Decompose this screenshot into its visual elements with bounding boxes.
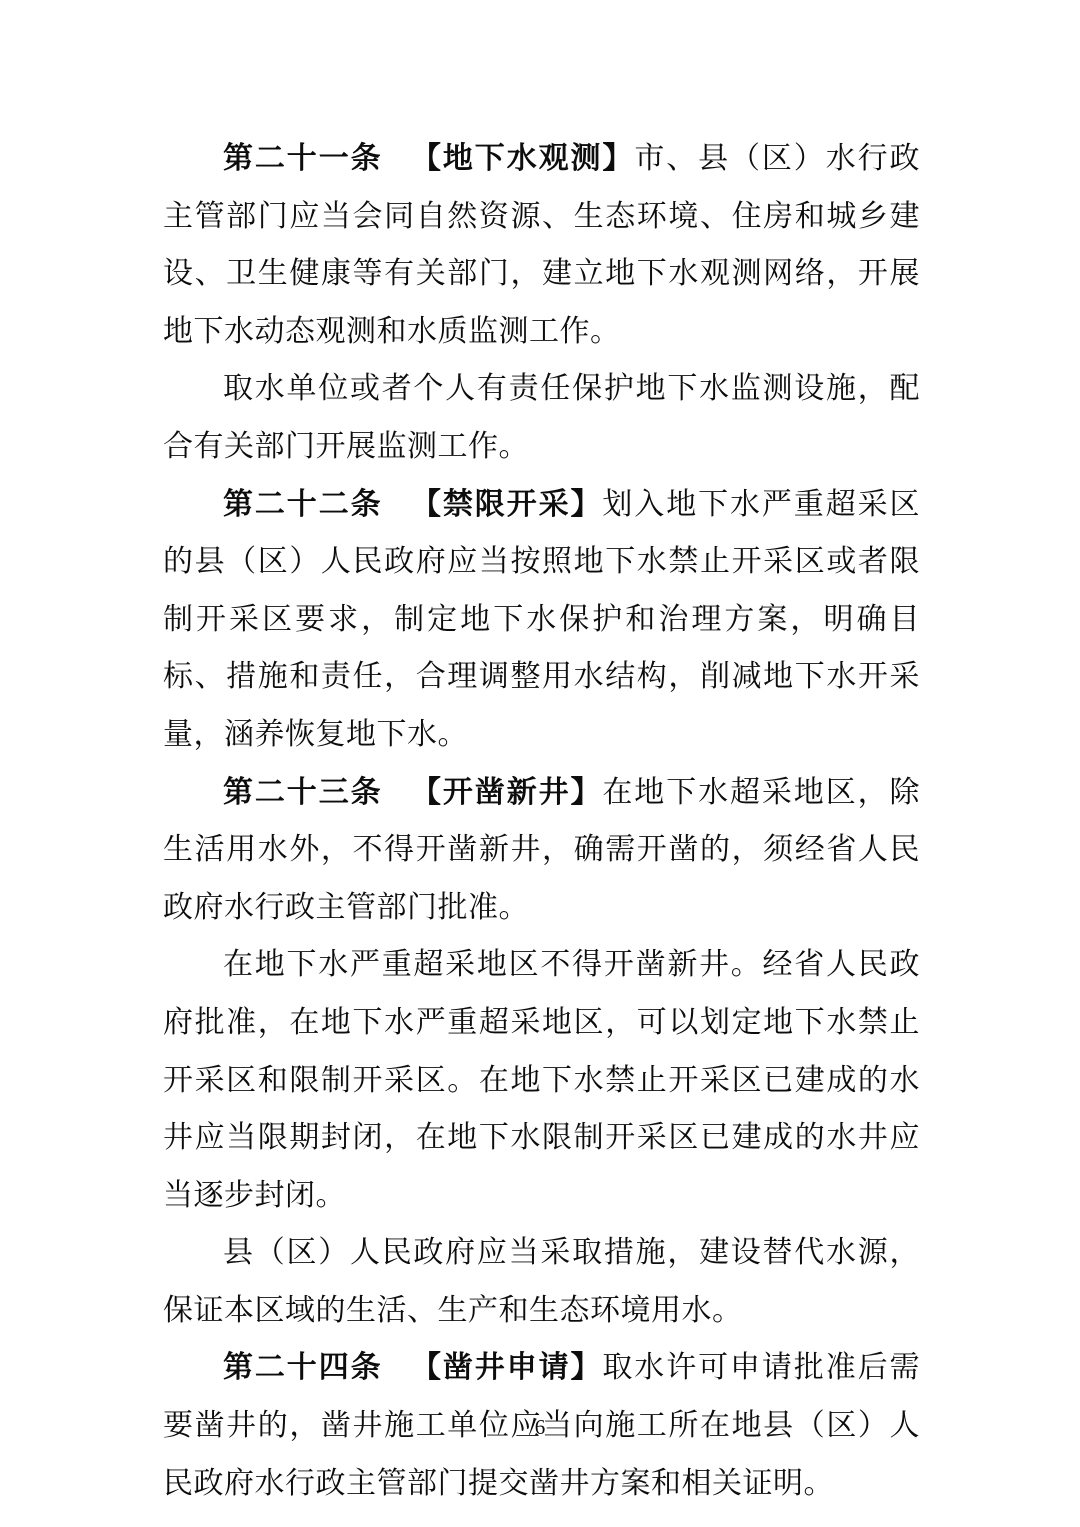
article-number: 第二十三条 [223, 776, 383, 809]
article-title: 【开凿新井】 [411, 776, 602, 809]
document-body: 第二十一条【地下水观测】市、县（区）水行政主管部门应当会同自然资源、生态环境、住… [163, 130, 920, 1512]
document-paragraph: 第二十二条【禁限开采】划入地下水严重超采区的县（区）人民政府应当按照地下水禁止开… [163, 476, 920, 764]
document-page: 第二十一条【地下水观测】市、县（区）水行政主管部门应当会同自然资源、生态环境、住… [0, 0, 1080, 1527]
paragraph-text: 取水单位或者个人有责任保护地下水监测设施，配合有关部门开展监测工作。 [163, 372, 920, 463]
document-paragraph: 取水单位或者个人有责任保护地下水监测设施，配合有关部门开展监测工作。 [163, 360, 920, 475]
paragraph-text: 在地下水严重超采地区不得开凿新井。经省人民政府批准，在地下水严重超采地区，可以划… [163, 948, 920, 1211]
article-number: 第二十四条 [223, 1351, 383, 1384]
page-footer: 6 [0, 1412, 1080, 1442]
document-paragraph: 第二十一条【地下水观测】市、县（区）水行政主管部门应当会同自然资源、生态环境、住… [163, 130, 920, 360]
article-number: 第二十一条 [223, 142, 383, 175]
paragraph-text: 划入地下水严重超采区的县（区）人民政府应当按照地下水禁止开采区或者限制开采区要求… [163, 488, 920, 751]
document-paragraph: 第二十三条【开凿新井】在地下水超采地区，除生活用水外，不得开凿新井，确需开凿的，… [163, 764, 920, 937]
article-title: 【地下水观测】 [411, 142, 634, 175]
page-number: 6 [535, 1415, 546, 1439]
document-paragraph: 县（区）人民政府应当采取措施，建设替代水源，保证本区域的生活、生产和生态环境用水… [163, 1224, 920, 1339]
paragraph-text: 县（区）人民政府应当采取措施，建设替代水源，保证本区域的生活、生产和生态环境用水… [163, 1236, 920, 1327]
document-paragraph: 在地下水严重超采地区不得开凿新井。经省人民政府批准，在地下水严重超采地区，可以划… [163, 936, 920, 1224]
article-title: 【禁限开采】 [411, 488, 602, 521]
article-number: 第二十二条 [223, 488, 383, 521]
article-title: 【凿井申请】 [411, 1351, 602, 1384]
